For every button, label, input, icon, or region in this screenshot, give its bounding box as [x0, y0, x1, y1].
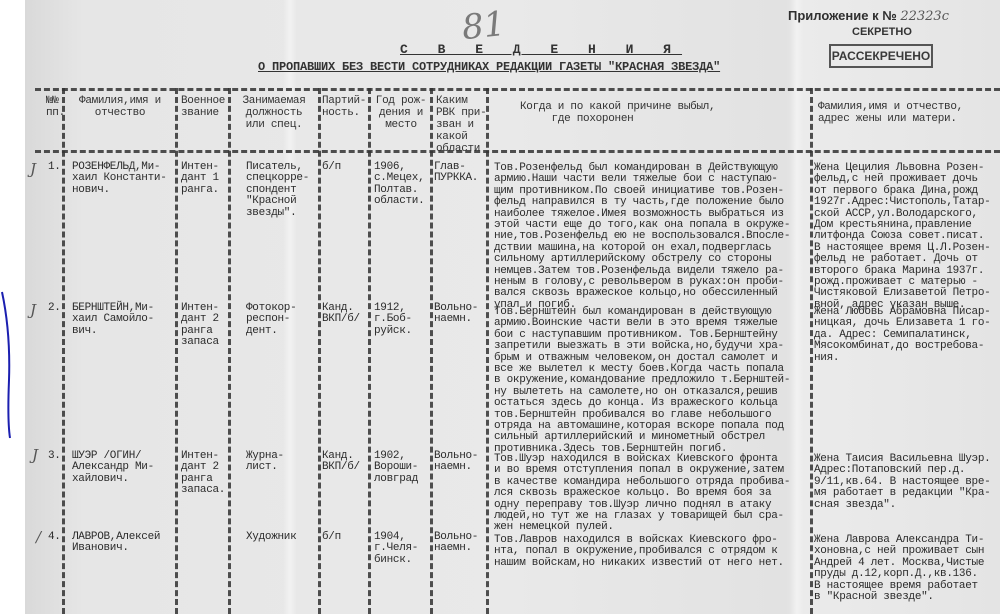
column-divider	[62, 88, 65, 614]
column-header-number: №№ пп.	[46, 95, 65, 119]
row-party: Канд. ВКП/б/	[322, 303, 360, 326]
row-position: Фотокор- респон- дент.	[246, 303, 296, 337]
row-party: б/п	[322, 532, 341, 543]
row-circumstances: Тов.Бернштейн был командирован в действу…	[494, 307, 790, 455]
column-divider	[810, 88, 813, 614]
row-circumstances: Тов.Лавров находился в войсках Киевского…	[494, 535, 784, 569]
handwritten-check-mark: J	[30, 301, 36, 319]
table-rule	[35, 150, 1000, 153]
column-header-birth: Год рож- дения и место	[372, 95, 430, 131]
row-draft: Глав- ПУРККА.	[434, 162, 478, 185]
row-birth: 1904, г.Челя- бинск.	[374, 532, 418, 566]
row-name: ШУЭР /ОГИН/ Александр Ми- хайлович.	[72, 451, 154, 485]
column-header-party: Партий- ность.	[322, 95, 366, 119]
row-name: ЛАВРОВ,Алексей Иванович.	[72, 532, 160, 555]
row-rank: Интен- дант 2 ранга запаса.	[181, 451, 225, 497]
column-divider	[430, 88, 433, 614]
row-position: Журна- лист.	[246, 451, 284, 474]
row-number: 1.	[48, 162, 61, 173]
column-header-draft: Каким РВК при- зван и какой области	[436, 95, 486, 155]
row-circumstances: Тов.Розенфельд был командирован в Действ…	[494, 163, 790, 311]
row-position: Писатель, спецкорре- спондент "Красной з…	[246, 162, 309, 219]
column-divider	[368, 88, 371, 614]
row-relatives: Жена Таисия Васильевна Шуэр. Адрес:Потап…	[814, 454, 990, 511]
row-relatives: Жена Любовь Абрамовна Писар- ницкая, доч…	[814, 307, 990, 364]
row-birth: 1912, г.Боб- руйск.	[374, 303, 412, 337]
row-rank: Интен- дант 2 ранга запаса	[181, 303, 219, 349]
column-divider	[228, 88, 231, 614]
row-name: БЕРНШТЕЙН,Ми- хаил Самойло- вич.	[72, 303, 154, 337]
handwritten-check-mark: J	[32, 446, 38, 464]
missing-staff-table: №№ пп. Фамилия,имя и отчество Военное зв…	[0, 0, 1000, 614]
column-header-rank: Военное звание	[181, 95, 225, 119]
column-divider	[318, 88, 321, 614]
row-number: 2.	[48, 303, 61, 314]
row-birth: 1902, Вороши- ловград	[374, 451, 418, 485]
row-birth: 1906, с.Мецех, Полтав. области.	[374, 162, 424, 208]
row-name: РОЗЕНФЕЛЬД,Ми- хаил Константи- нович.	[72, 162, 167, 196]
column-header-circumstances: Когда и по какой причине выбыл, где похо…	[520, 101, 715, 125]
table-rule	[35, 88, 1000, 91]
row-draft: Вольно- наемн.	[434, 532, 478, 555]
row-number: 3.	[48, 451, 61, 462]
row-relatives: Жена Лаврова Александра Ти- хоновна,с не…	[814, 535, 984, 603]
handwritten-check-mark: J	[30, 160, 36, 178]
row-draft: Вольно- наемн.	[434, 451, 478, 474]
column-divider	[486, 88, 489, 614]
row-draft: Вольно- наемн.	[434, 303, 478, 326]
handwritten-check-mark: /	[36, 528, 41, 546]
row-relatives: Жена Цецилия Львовна Розен- фельд,с ней …	[814, 163, 990, 311]
column-header-position: Занимаемая должность или спец.	[232, 95, 316, 131]
column-header-name: Фамилия,имя и отчество	[68, 95, 172, 119]
column-divider	[175, 88, 178, 614]
row-rank: Интен- дант 1 ранга.	[181, 162, 219, 196]
row-position: Художник	[246, 532, 296, 543]
row-party: б/п	[322, 162, 341, 173]
row-party: Канд. ВКП/б/	[322, 451, 360, 474]
row-number: 4.	[48, 532, 61, 543]
column-header-relatives: Фамилия,имя и отчество, адрес жены или м…	[818, 101, 963, 125]
row-circumstances: Тов.Шуэр находился в войсках Киевского ф…	[494, 454, 790, 534]
